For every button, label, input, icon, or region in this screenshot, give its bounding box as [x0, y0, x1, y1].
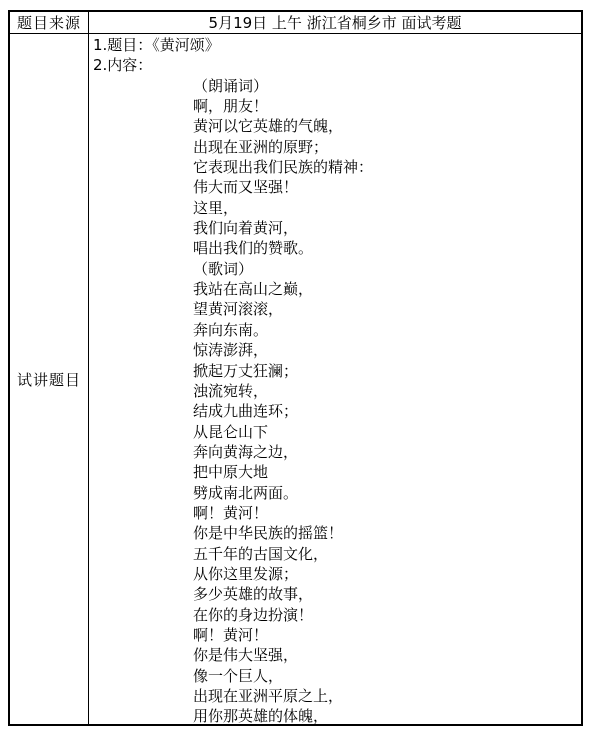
poem-line: 出现在亚洲的原野；: [193, 137, 577, 157]
poem-line: 望黄河滚滚，: [193, 299, 577, 319]
poem-line: 奔向黄海之边，: [193, 442, 577, 462]
poem-line: （朗诵词）: [193, 76, 577, 96]
poem-line: 从昆仑山下: [193, 422, 577, 442]
poem-line: 惊涛澎湃，: [193, 340, 577, 360]
poem-line: 伟大而又坚强！: [193, 177, 577, 197]
poem-line: 从你这里发源；: [193, 564, 577, 584]
poem-line: 唱出我们的赞歌。: [193, 238, 577, 258]
poem-line: 在你的身边扮演！: [193, 605, 577, 625]
poem-line: 它表现出我们民族的精神：: [193, 157, 577, 177]
poem-line: 啊！黄河！: [193, 625, 577, 645]
poem-line: 你是中华民族的摇篮！: [193, 523, 577, 543]
poem-line: 结成九曲连环；: [193, 401, 577, 421]
poem-line: 奔向东南。: [193, 320, 577, 340]
question-content-line: 2.内容：: [93, 55, 577, 75]
poem-line: 把中原大地: [193, 462, 577, 482]
poem-text: （朗诵词）啊，朋友！黄河以它英雄的气魄，出现在亚洲的原野；它表现出我们民族的精神…: [193, 76, 577, 724]
poem-line: （歌词）: [193, 259, 577, 279]
poem-line: 出现在亚洲平原之上，: [193, 686, 577, 706]
poem-line: 啊！黄河！: [193, 503, 577, 523]
lecture-topic-row-content: 1.题目：《黄河颂》 2.内容： （朗诵词）啊，朋友！黄河以它英雄的气魄，出现在…: [89, 34, 581, 724]
poem-line: 五千年的古国文化，: [193, 544, 577, 564]
source-row-value: 5月19日 上午 浙江省桐乡市 面试考题: [89, 12, 581, 34]
poem-line: 劈成南北两面。: [193, 483, 577, 503]
poem-line: 你是伟大坚强，: [193, 645, 577, 665]
exam-question-table: 题目来源 5月19日 上午 浙江省桐乡市 面试考题 试讲题目 1.题目：《黄河颂…: [8, 10, 583, 726]
poem-line: 多少英雄的故事，: [193, 584, 577, 604]
poem-line: 掀起万丈狂澜；: [193, 361, 577, 381]
poem-line: 黄河以它英雄的气魄，: [193, 116, 577, 136]
poem-line: 这里，: [193, 198, 577, 218]
poem-line: 用你那英雄的体魄，: [193, 706, 577, 724]
question-title-line: 1.题目：《黄河颂》: [93, 35, 577, 55]
lecture-topic-row-label: 试讲题目: [10, 34, 89, 724]
poem-line: 像一个巨人，: [193, 666, 577, 686]
poem-line: 我们向着黄河，: [193, 218, 577, 238]
poem-line: 我站在高山之巅，: [193, 279, 577, 299]
poem-line: 浊流宛转，: [193, 381, 577, 401]
source-row-label: 题目来源: [10, 12, 89, 34]
poem-line: 啊，朋友！: [193, 96, 577, 116]
